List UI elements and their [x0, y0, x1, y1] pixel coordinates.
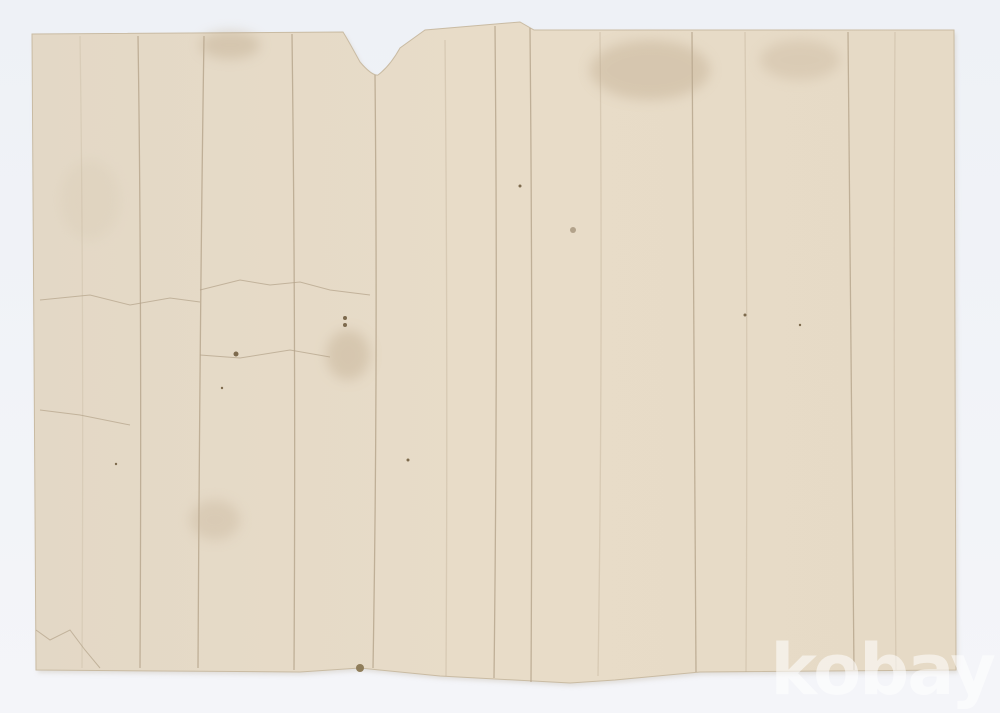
photo-background — [0, 0, 1000, 713]
kobay-watermark: kobay — [770, 635, 994, 705]
paper-sheet — [0, 0, 1000, 713]
paper-illustration — [0, 0, 1000, 713]
paper-body — [32, 22, 956, 683]
